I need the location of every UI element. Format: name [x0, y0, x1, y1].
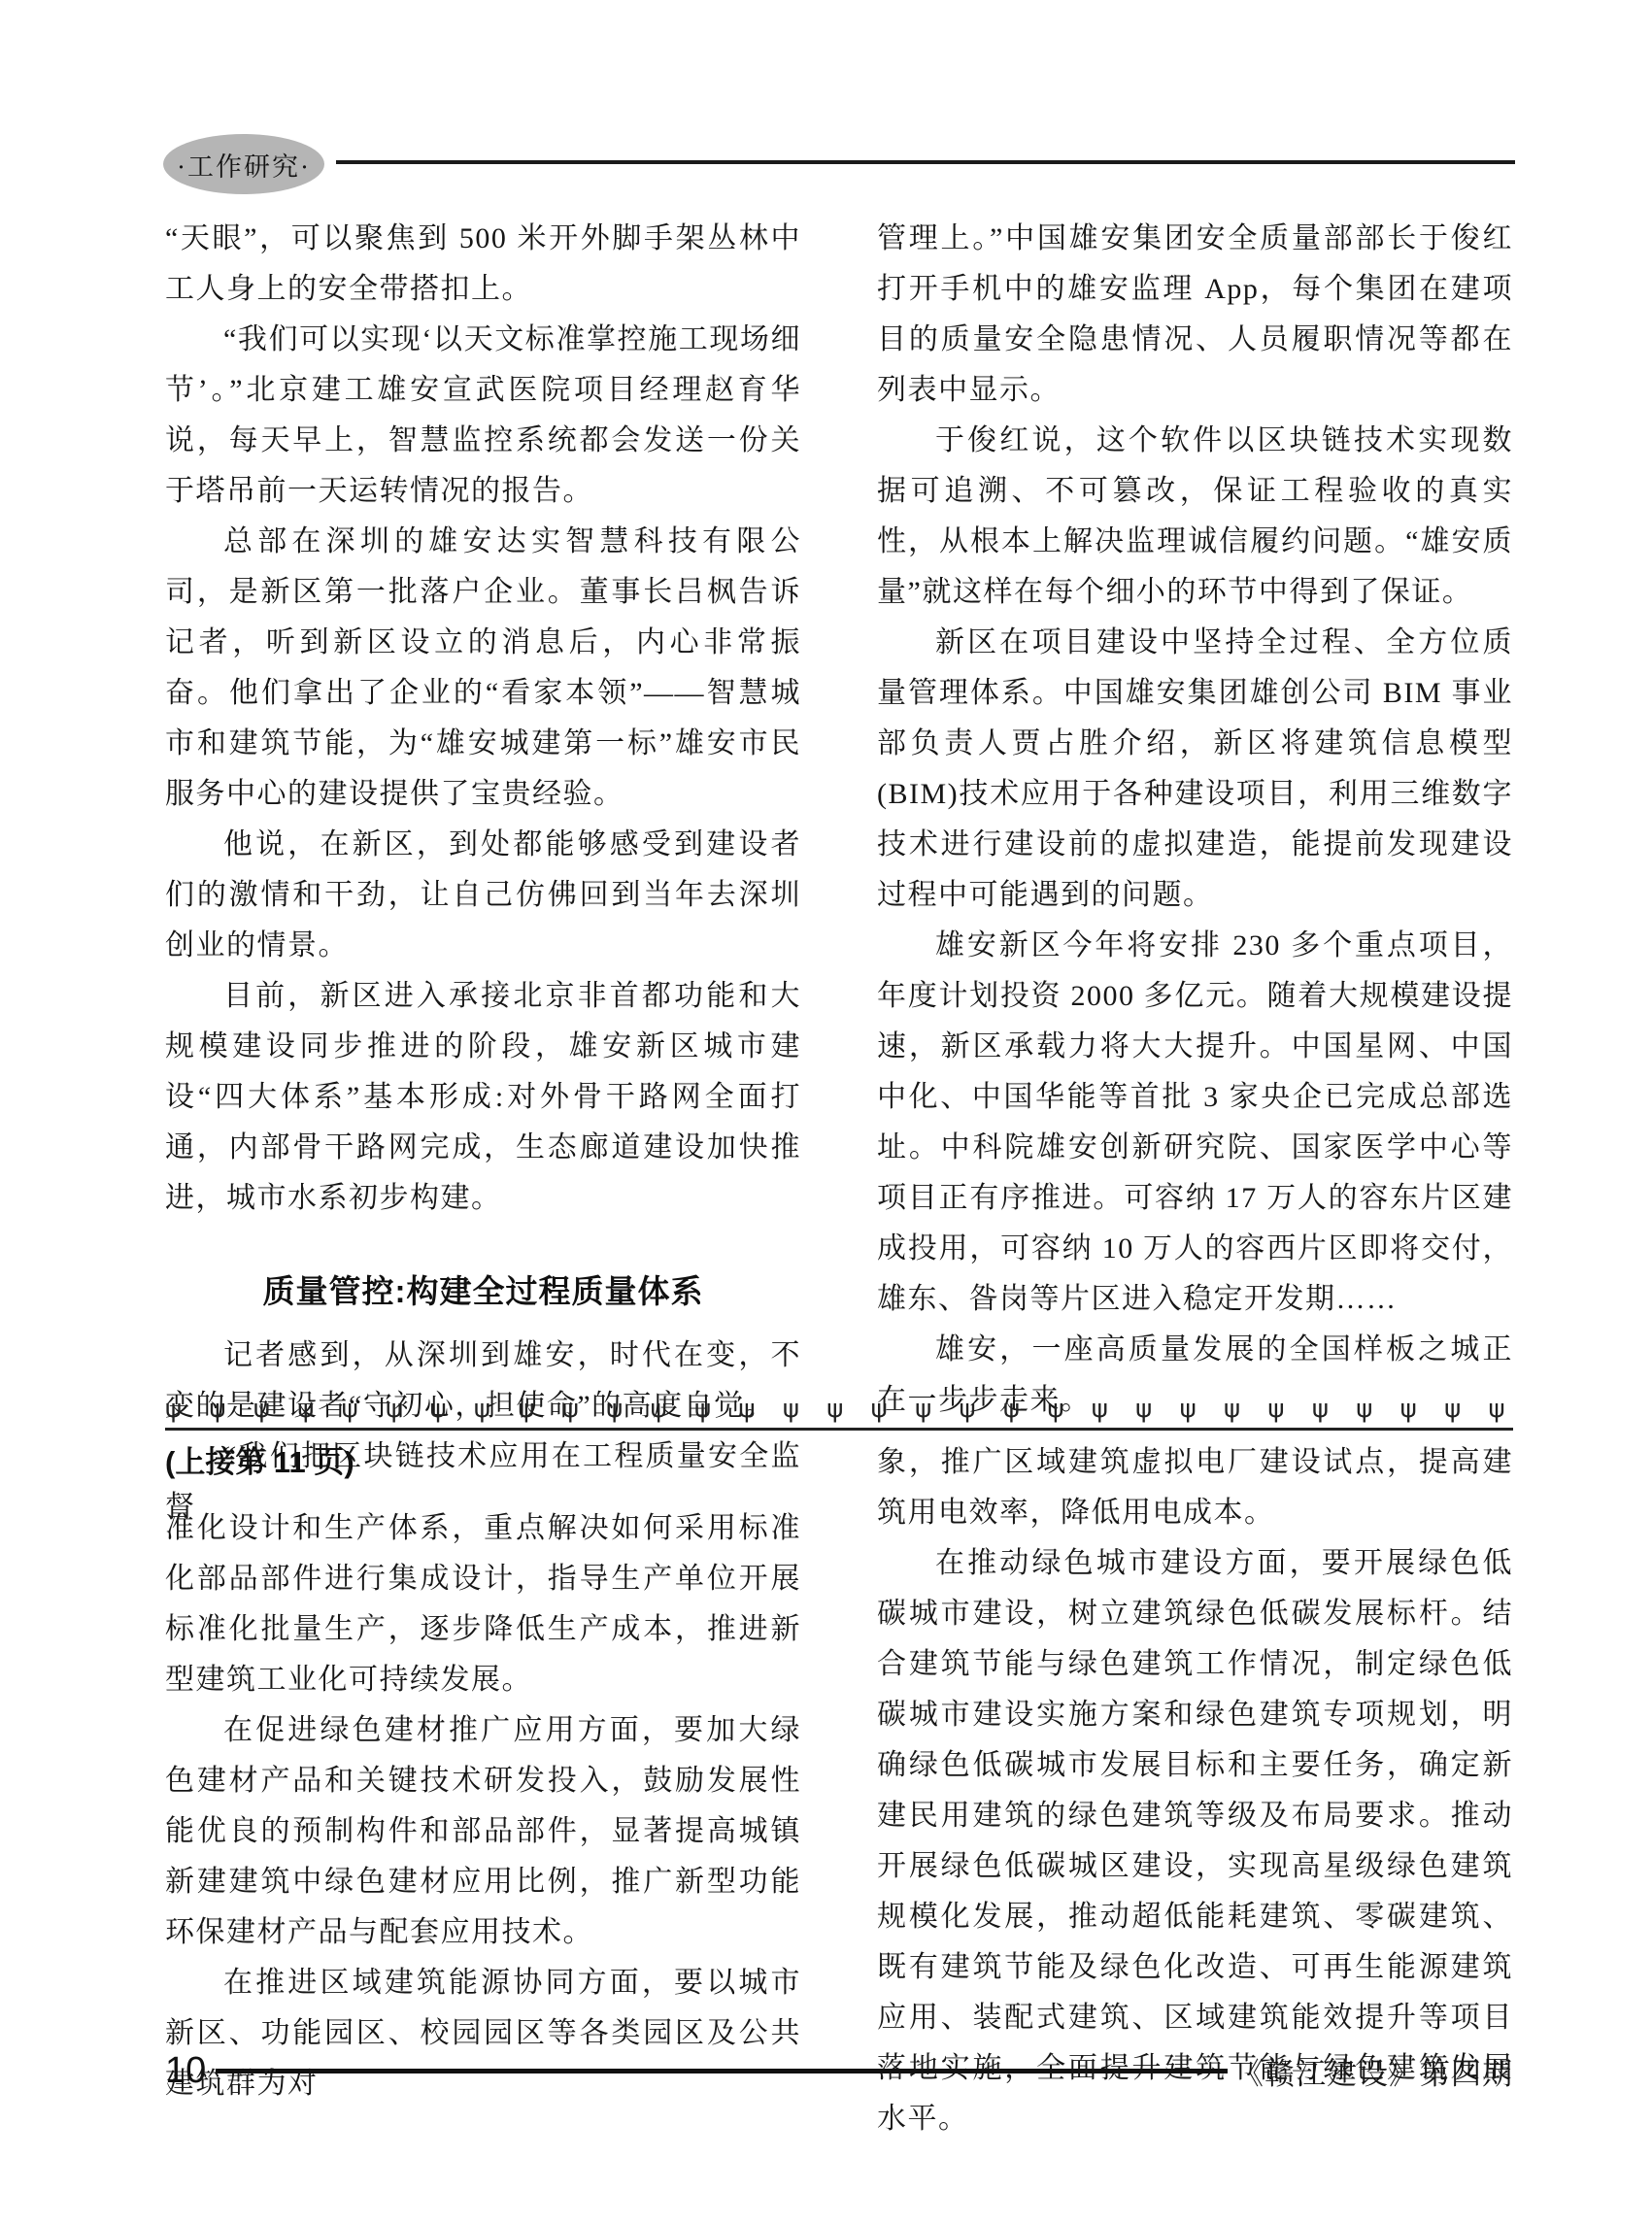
paragraph: 他说，在新区，到处都能够感受到建设者们的激情和干劲，让自己仿佛回到当年去深圳创业…	[165, 820, 801, 971]
page-number: 10	[165, 2047, 206, 2094]
footer-rule	[216, 2069, 1228, 2073]
paragraph: 于俊红说，这个软件以区块链技术实现数据可追溯、不可篡改，保证工程验收的真实性，从…	[877, 416, 1513, 618]
paragraph: 新区在项目建设中坚持全过程、全方位质量管理体系。中国雄安集团雄创公司 BIM 事…	[877, 618, 1513, 921]
ornament-divider: ψ ψ ψ ψ ψ ψ ψ ψ ψ ψ ψ ψ ψ ψ ψ ψ ψ ψ ψ ψ …	[165, 1395, 1513, 1431]
right-column-bottom: 象，推广区域建筑虚拟电厂建设试点，提高建筑用电效率，降低用电成本。 在推动绿色城…	[877, 1437, 1513, 2144]
paragraph: 管理上。”中国雄安集团安全质量部部长于俊红打开手机中的雄安监理 App，每个集团…	[877, 214, 1513, 416]
paragraph: 目前，新区进入承接北京非首都功能和大规模建设同步推进的阶段，雄安新区城市建设“四…	[165, 971, 801, 1224]
paragraph: “天眼”，可以聚焦到 500 米开外脚手架丛林中工人身上的安全带搭扣上。	[165, 214, 801, 315]
paragraph: 象，推广区域建筑虚拟电厂建设试点，提高建筑用电效率，降低用电成本。	[877, 1437, 1513, 1538]
left-column-top: “天眼”，可以聚焦到 500 米开外脚手架丛林中工人身上的安全带搭扣上。 “我们…	[165, 214, 801, 1533]
right-column-top: 管理上。”中国雄安集团安全质量部部长于俊红打开手机中的雄安监理 App，每个集团…	[877, 214, 1513, 1533]
article-top-section: “天眼”，可以聚焦到 500 米开外脚手架丛林中工人身上的安全带搭扣上。 “我们…	[165, 214, 1513, 1533]
journal-title: 《赣江建设》第四期	[1233, 2049, 1513, 2093]
paragraph: 总部在深圳的雄安达实智慧科技有限公司，是新区第一批落户企业。董事长吕枫告诉记者，…	[165, 517, 801, 820]
paragraph: 雄安新区今年将安排 230 多个重点项目，年度计划投资 2000 多亿元。随着大…	[877, 921, 1513, 1325]
page-header: ·工作研究·	[163, 130, 1515, 198]
left-column-bottom: (上接第 11 页) 准化设计和生产体系，重点解决如何采用标准化部品部件进行集成…	[165, 1437, 801, 2144]
section-heading: 质量管控:构建全过程质量体系	[165, 1263, 801, 1321]
article-bottom-section: (上接第 11 页) 准化设计和生产体系，重点解决如何采用标准化部品部件进行集成…	[165, 1437, 1513, 2144]
page-footer: 10 《赣江建设》第四期	[165, 2047, 1513, 2094]
paragraph: 在促进绿色建材推广应用方面，要加大绿色建材产品和关键技术研发投入，鼓励发展性能优…	[165, 1705, 801, 1958]
paragraph: 准化设计和生产体系，重点解决如何采用标准化部品部件进行集成设计，指导生产单位开展…	[165, 1503, 801, 1705]
continuation-note: (上接第 11 页)	[165, 1437, 801, 1488]
section-badge: ·工作研究·	[163, 134, 324, 194]
paragraph: “我们可以实现‘以天文标准掌控施工现场细节’。”北京建工雄安宣武医院项目经理赵育…	[165, 315, 801, 517]
header-rule	[336, 160, 1515, 164]
section-badge-label: ·工作研究·	[177, 146, 311, 184]
